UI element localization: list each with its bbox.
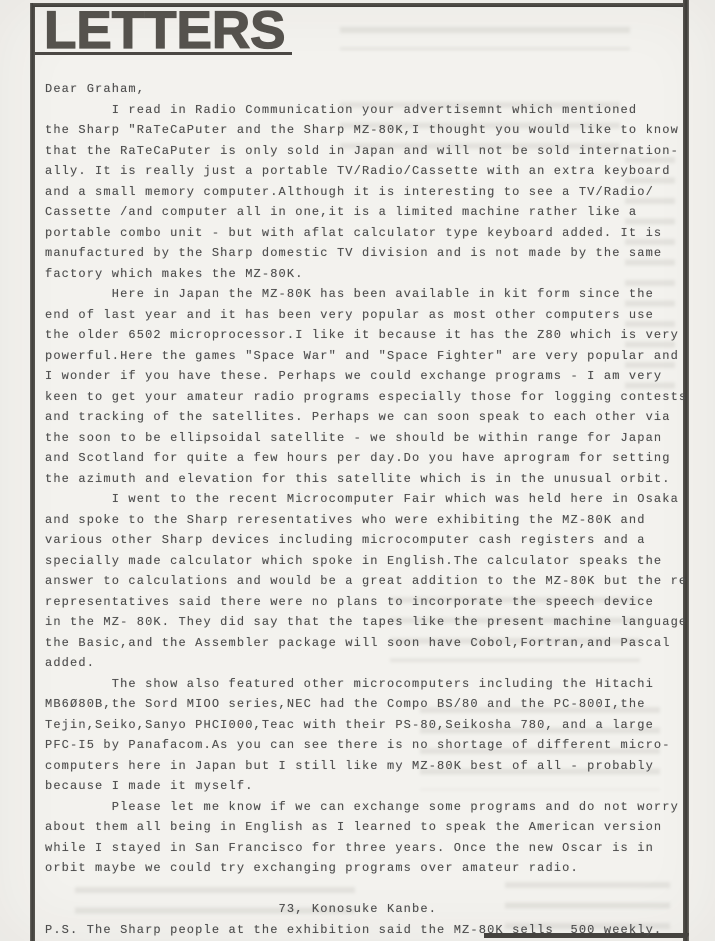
letter-line: ally. It is really just a portable TV/Ra… xyxy=(45,161,695,182)
letter-line: the Basic,and the Assembler package will… xyxy=(45,633,695,654)
letter-line: Dear Graham, xyxy=(45,79,695,100)
letter-line: P.S. The Sharp people at the exhibition … xyxy=(45,920,695,941)
letter-line: while I stayed in San Francisco for thre… xyxy=(45,838,695,859)
letter-line: about them all being in English as I lea… xyxy=(45,817,695,838)
letter-line: I wonder if you have these. Perhaps we c… xyxy=(45,366,695,387)
letter-line: and tracking of the satellites. Perhaps … xyxy=(45,407,695,428)
letter-line: MB6Ø80B,the Sord MIOO series,NEC had the… xyxy=(45,694,695,715)
letter-line: 73, Konosuke Kanbe. xyxy=(45,899,695,920)
letter-line: keen to get your amateur radio programs … xyxy=(45,387,695,408)
letter-line: portable combo unit - but with aflat cal… xyxy=(45,223,695,244)
letter-line: Cassette /and computer all in one,it is … xyxy=(45,202,695,223)
letter-line: powerful.Here the games "Space War" and … xyxy=(45,346,695,367)
letter-line: the Sharp "RaTeCaPuter and the Sharp MZ-… xyxy=(45,120,695,141)
letter-line: computers here in Japan but I still like… xyxy=(45,756,695,777)
letter-line: in the MZ- 80K. They did say that the ta… xyxy=(45,612,695,633)
letter-body: Dear Graham, I read in Radio Communicati… xyxy=(45,79,695,940)
letter-line: because I made it myself. xyxy=(45,776,695,797)
letter-line: The show also featured other microcomput… xyxy=(45,674,695,695)
scan-border-left xyxy=(30,3,35,941)
letter-line: answer to calculations and would be a gr… xyxy=(45,571,695,592)
masthead-title: LETTERS xyxy=(44,4,285,57)
letter-line: representatives said there were no plans… xyxy=(45,592,695,613)
letter-line: various other Sharp devices including mi… xyxy=(45,530,695,551)
letter-line: the older 6502 microprocessor.I like it … xyxy=(45,325,695,346)
letter-line: Here in Japan the MZ-80K has been availa… xyxy=(45,284,695,305)
letter-line: the azimuth and elevation for this satel… xyxy=(45,469,695,490)
letter-line: specially made calculator which spoke in… xyxy=(45,551,695,572)
letter-line: that the RaTeCaPuter is only sold in Jap… xyxy=(45,141,695,162)
letter-line: orbit maybe we could try exchanging prog… xyxy=(45,858,695,879)
letter-line: PFC-I5 by Panafacom.As you can see there… xyxy=(45,735,695,756)
masthead-underline xyxy=(35,52,292,55)
letter-line xyxy=(45,879,695,900)
letter-line: factory which makes the MZ-80K. xyxy=(45,264,695,285)
letter-line: and spoke to the Sharp reresentatives wh… xyxy=(45,510,695,531)
letter-line: end of last year and it has been very po… xyxy=(45,305,695,326)
letter-line: and Scotland for quite a few hours per d… xyxy=(45,448,695,469)
letter-line: added. xyxy=(45,653,695,674)
letter-line: Please let me know if we can exchange so… xyxy=(45,797,695,818)
letter-line: manufactured by the Sharp domestic TV di… xyxy=(45,243,695,264)
letter-line: Tejin,Seiko,Sanyo PHCI000,Teac with thei… xyxy=(45,715,695,736)
letter-line: and a small memory computer.Although it … xyxy=(45,182,695,203)
scanned-letter-page: LETTERS Dear Graham, I read in Radio Com… xyxy=(0,0,715,941)
bleedthrough-artifact xyxy=(340,20,630,50)
letter-line: I read in Radio Communication your adver… xyxy=(45,100,695,121)
letter-line: the soon to be ellipsoidal satellite - w… xyxy=(45,428,695,449)
letter-line: I went to the recent Microcomputer Fair … xyxy=(45,489,695,510)
